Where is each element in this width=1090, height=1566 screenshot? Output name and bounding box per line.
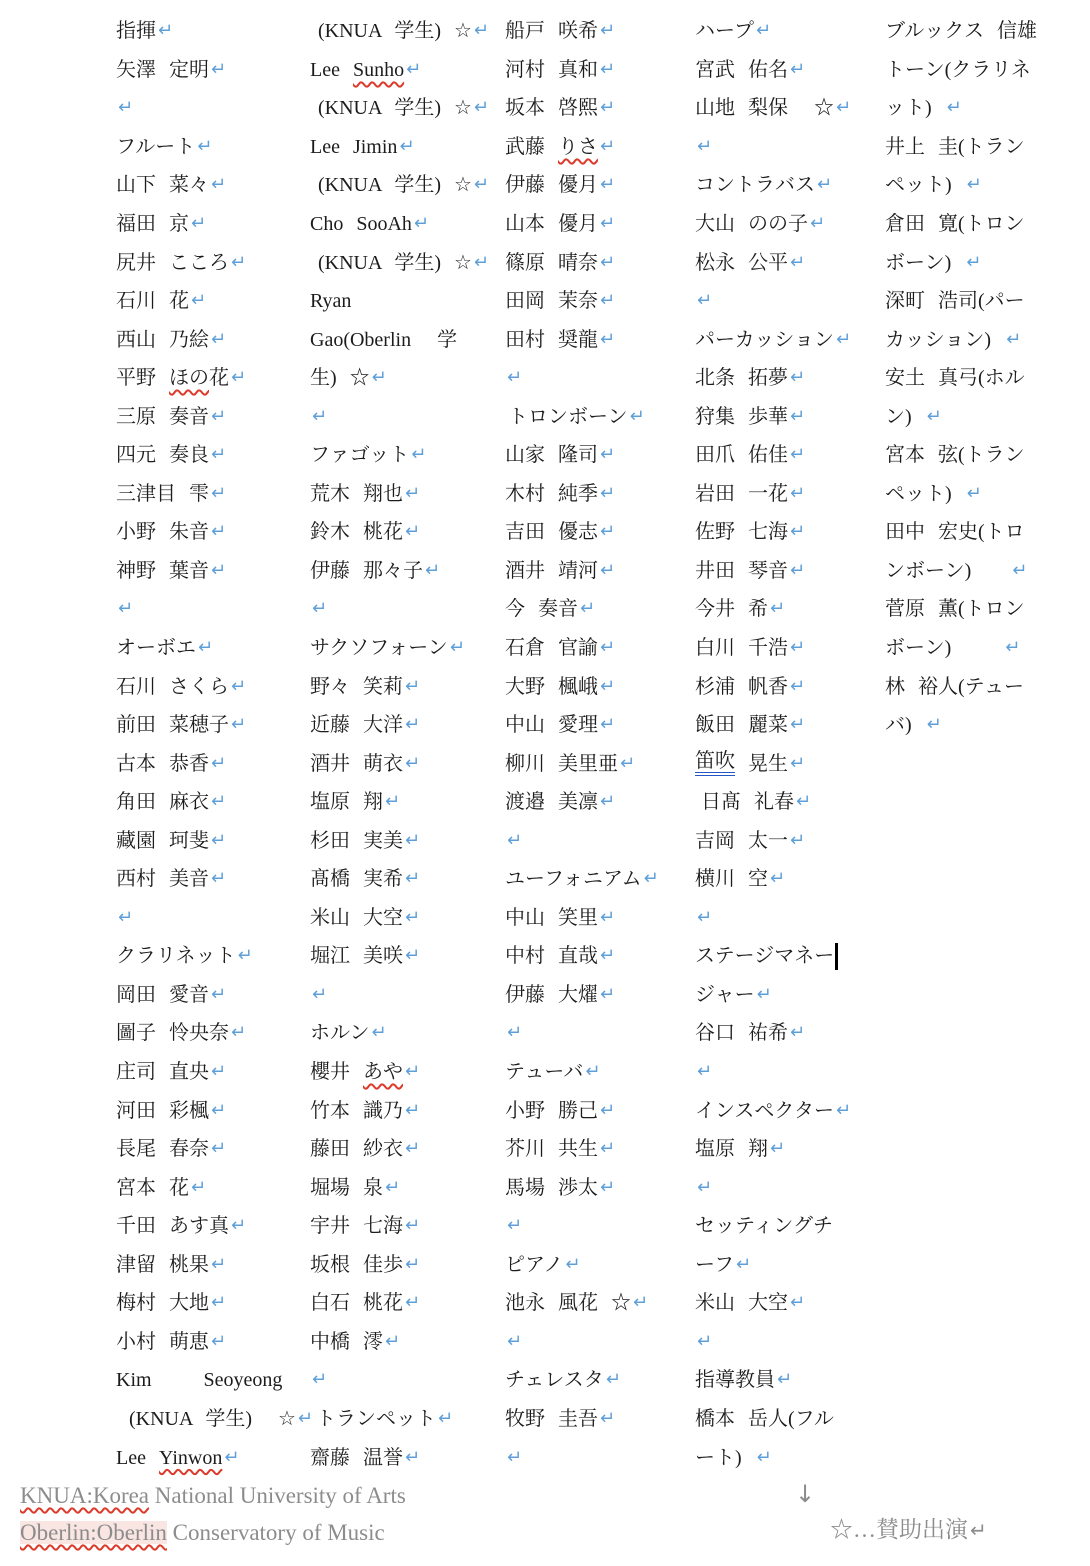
doc-line[interactable]: 櫻井 あや↵ bbox=[310, 1053, 510, 1092]
text-run: 日髙 礼春 bbox=[701, 792, 794, 812]
text-run: 小村 萌恵 bbox=[116, 1332, 209, 1352]
doc-line[interactable]: ↵ bbox=[695, 1168, 895, 1207]
doc-line[interactable]: 田村 奨龍↵ bbox=[505, 320, 705, 359]
doc-line[interactable]: (KNUA 学生) ☆↵ bbox=[116, 1400, 316, 1439]
doc-line[interactable]: Lee Sunho↵ bbox=[310, 51, 510, 90]
text-run: 髙橋 実希 bbox=[310, 869, 403, 889]
paragraph-mark-icon: ↵ bbox=[967, 176, 982, 194]
text-run: セッティングチ bbox=[695, 1216, 833, 1236]
text-run: 河村 真和 bbox=[505, 60, 598, 80]
legend-line[interactable]: ☆…賛助出演↵ bbox=[830, 1518, 987, 1541]
paragraph-mark-icon: ↵ bbox=[211, 755, 226, 773]
text-run: 篠原 晴奈 bbox=[505, 253, 598, 273]
text-run: 米山 大空 bbox=[695, 1293, 788, 1313]
doc-line[interactable]: 矢澤 定明↵ bbox=[116, 51, 316, 90]
doc-line[interactable]: 坂根 佳歩↵ bbox=[310, 1246, 510, 1285]
doc-line[interactable]: 生) ☆↵ bbox=[310, 359, 510, 398]
paragraph-mark-icon: ↵ bbox=[600, 254, 615, 272]
doc-line[interactable]: 津留 桃果↵ bbox=[116, 1246, 316, 1285]
doc-line[interactable]: 大野 楓峨↵ bbox=[505, 667, 705, 706]
doc-line[interactable]: 河田 彩楓↵ bbox=[116, 1091, 316, 1130]
spellcheck-flagged-text: Oberlin:Oberlin bbox=[20, 1521, 167, 1544]
doc-line[interactable]: 宮本 弦(トラン bbox=[885, 436, 1085, 475]
doc-line[interactable]: 吉岡 太一↵ bbox=[695, 821, 895, 860]
doc-line[interactable]: 四元 奏良↵ bbox=[116, 436, 316, 475]
paragraph-mark-icon: ↵ bbox=[790, 485, 805, 503]
doc-line[interactable]: 山地 梨保 ☆↵ bbox=[695, 89, 895, 128]
doc-line[interactable]: 中山 笑里↵ bbox=[505, 899, 705, 938]
doc-line[interactable]: ハープ↵ bbox=[695, 12, 895, 51]
doc-line[interactable]: 古本 恭香↵ bbox=[116, 744, 316, 783]
doc-line[interactable]: 指導教員↵ bbox=[695, 1361, 895, 1400]
doc-line[interactable]: チェレスタ↵ bbox=[505, 1361, 705, 1400]
doc-line[interactable]: Cho SooAh↵ bbox=[310, 205, 510, 244]
paragraph-mark-icon: ↵ bbox=[790, 832, 805, 850]
doc-line[interactable]: ↵ bbox=[695, 899, 895, 938]
doc-line[interactable]: 堀江 美咲↵ bbox=[310, 937, 510, 976]
doc-line[interactable]: ↵ bbox=[310, 1361, 510, 1400]
doc-line[interactable]: ↵ bbox=[695, 128, 895, 167]
doc-line[interactable]: トロンボーン↵ bbox=[505, 397, 705, 436]
doc-line[interactable]: 伊藤 優月↵ bbox=[505, 166, 705, 205]
paragraph-mark-icon: ↵ bbox=[211, 61, 226, 79]
doc-line[interactable]: 田爪 佑佳↵ bbox=[695, 436, 895, 475]
doc-line[interactable]: Lee Jimin↵ bbox=[310, 128, 510, 167]
text-run: 吉田 優志 bbox=[505, 522, 598, 542]
paragraph-mark-icon: ↵ bbox=[405, 1217, 420, 1235]
doc-line[interactable]: ステージマネー bbox=[695, 937, 895, 976]
doc-line[interactable]: ット) ↵ bbox=[885, 89, 1085, 128]
doc-line[interactable]: 横川 空↵ bbox=[695, 860, 895, 899]
doc-line[interactable]: 伊藤 那々子↵ bbox=[310, 552, 510, 591]
doc-line[interactable]: インスペクター↵ bbox=[695, 1091, 895, 1130]
doc-line[interactable]: ↵ bbox=[505, 1014, 705, 1053]
text-run: 酒井 靖河 bbox=[505, 561, 598, 581]
doc-line[interactable]: ↵ bbox=[505, 1207, 705, 1246]
doc-line[interactable]: (KNUA 学生) ☆↵ bbox=[310, 12, 510, 51]
doc-line[interactable]: バ) ↵ bbox=[885, 706, 1085, 745]
text-run: 長尾 春奈 bbox=[116, 1139, 209, 1159]
text-run: ンボーン) bbox=[885, 561, 1010, 581]
doc-line[interactable]: Kim Seoyeong bbox=[116, 1361, 316, 1400]
doc-line[interactable]: ファゴット↵ bbox=[310, 436, 510, 475]
doc-line[interactable]: 石川 花↵ bbox=[116, 282, 316, 321]
footnote-line[interactable]: KNUA:Korea National University of Arts bbox=[20, 1477, 406, 1514]
doc-line[interactable]: ↵ bbox=[310, 976, 510, 1015]
paragraph-mark-icon: ↵ bbox=[585, 1063, 600, 1081]
doc-line[interactable]: (KNUA 学生) ☆↵ bbox=[310, 89, 510, 128]
doc-line[interactable]: 福田 京↵ bbox=[116, 205, 316, 244]
doc-line[interactable]: オーボエ↵ bbox=[116, 629, 316, 668]
doc-line[interactable]: Gao(Oberlin 学 bbox=[310, 320, 510, 359]
doc-line[interactable]: ブルックス 信雄 bbox=[885, 12, 1085, 51]
doc-line[interactable]: 杉浦 帆香↵ bbox=[695, 667, 895, 706]
doc-line[interactable]: 前田 菜穂子↵ bbox=[116, 706, 316, 745]
doc-line[interactable]: 中橋 澪↵ bbox=[310, 1323, 510, 1362]
doc-line[interactable]: ↵ bbox=[695, 1323, 895, 1362]
doc-line[interactable]: 塩原 翔↵ bbox=[310, 783, 510, 822]
doc-line[interactable]: クラリネット↵ bbox=[116, 937, 316, 976]
doc-line[interactable]: 池永 風花 ☆↵ bbox=[505, 1284, 705, 1323]
doc-line[interactable]: 荒木 翔也↵ bbox=[310, 475, 510, 514]
text-run: Ryan bbox=[310, 291, 351, 311]
text-run: (KNUA 学生) ☆ bbox=[318, 21, 472, 41]
doc-line[interactable]: 倉田 寛(トロン bbox=[885, 205, 1085, 244]
paragraph-mark-icon: ↵ bbox=[600, 947, 615, 965]
paragraph-mark-icon: ↵ bbox=[312, 986, 327, 1004]
doc-line[interactable]: 酒井 萌衣↵ bbox=[310, 744, 510, 783]
doc-line[interactable]: ボーン) ↵ bbox=[885, 629, 1085, 668]
doc-line[interactable]: 吉田 優志↵ bbox=[505, 513, 705, 552]
text-run: 谷口 祐希 bbox=[695, 1023, 788, 1043]
paragraph-mark-icon: ↵ bbox=[790, 755, 805, 773]
doc-line[interactable]: サクソフォーン↵ bbox=[310, 629, 510, 668]
doc-line[interactable]: ーフ↵ bbox=[695, 1246, 895, 1285]
paragraph-mark-icon: ↵ bbox=[600, 1179, 615, 1197]
doc-line[interactable]: 北条 拓夢↵ bbox=[695, 359, 895, 398]
text-run: 花 bbox=[209, 368, 229, 388]
doc-line[interactable]: コントラバス↵ bbox=[695, 166, 895, 205]
doc-line[interactable]: 石川 さくら↵ bbox=[116, 667, 316, 706]
doc-line[interactable]: ↵ bbox=[695, 282, 895, 321]
text-run: 倉田 寛(トロン bbox=[885, 214, 1025, 234]
text-run: 圖子 怜央奈 bbox=[116, 1023, 229, 1043]
paragraph-mark-icon: ↵ bbox=[211, 1294, 226, 1312]
paragraph-mark-icon: ↵ bbox=[756, 22, 771, 40]
doc-line[interactable]: 飯田 麗菜↵ bbox=[695, 706, 895, 745]
doc-line[interactable]: 牧野 圭吾↵ bbox=[505, 1400, 705, 1439]
doc-line[interactable]: ↵ bbox=[505, 1438, 705, 1477]
doc-line[interactable]: 谷口 祐希↵ bbox=[695, 1014, 895, 1053]
doc-line[interactable]: 西村 美音↵ bbox=[116, 860, 316, 899]
paragraph-mark-icon: ↵ bbox=[406, 61, 421, 79]
doc-line[interactable]: 三原 奏音↵ bbox=[116, 397, 316, 436]
paragraph-mark-icon: ↵ bbox=[312, 1371, 327, 1389]
text-column-5: ブルックス 信雄トーン(クラリネット) ↵井上 圭(トランペット) ↵倉田 寛(… bbox=[885, 12, 1085, 744]
doc-line[interactable]: 林 裕人(テュー bbox=[885, 667, 1085, 706]
paragraph-mark-icon: ↵ bbox=[231, 254, 246, 272]
doc-line[interactable]: ボーン) ↵ bbox=[885, 243, 1085, 282]
doc-line[interactable]: 圖子 怜央奈↵ bbox=[116, 1014, 316, 1053]
doc-line[interactable]: 今井 希↵ bbox=[695, 590, 895, 629]
doc-line[interactable]: 柳川 美里亜↵ bbox=[505, 744, 705, 783]
text-run: 杉田 実美 bbox=[310, 831, 403, 851]
paragraph-mark-icon: ↵ bbox=[211, 562, 226, 580]
doc-line[interactable]: 宇井 七海↵ bbox=[310, 1207, 510, 1246]
text-run: 渡邉 美凛 bbox=[505, 792, 598, 812]
doc-line[interactable]: 篠原 晴奈↵ bbox=[505, 243, 705, 282]
doc-line[interactable]: ↵ bbox=[116, 590, 316, 629]
doc-line[interactable]: 平野 ほの花↵ bbox=[116, 359, 316, 398]
doc-line[interactable]: 中村 直哉↵ bbox=[505, 937, 705, 976]
text-run: 宮本 弦(トラン bbox=[885, 445, 1025, 465]
doc-line[interactable]: 深町 浩司(パー bbox=[885, 282, 1085, 321]
paragraph-mark-icon: ↵ bbox=[231, 369, 246, 387]
doc-line[interactable]: 藏園 珂斐↵ bbox=[116, 821, 316, 860]
text-run: 今井 希 bbox=[695, 599, 768, 619]
paragraph-mark-icon: ↵ bbox=[757, 986, 772, 1004]
doc-line[interactable]: Ryan bbox=[310, 282, 510, 321]
doc-line[interactable]: ↵ bbox=[310, 590, 510, 629]
doc-line[interactable]: 船戸 咲希↵ bbox=[505, 12, 705, 51]
paragraph-mark-icon: ↵ bbox=[790, 716, 805, 734]
text-run: 津留 桃果 bbox=[116, 1255, 209, 1275]
text-run: 狩集 歩華 bbox=[695, 407, 788, 427]
doc-line[interactable]: 田岡 茉奈↵ bbox=[505, 282, 705, 321]
paragraph-mark-icon: ↵ bbox=[790, 1024, 805, 1042]
paragraph-mark-icon: ↵ bbox=[118, 909, 133, 927]
paragraph-mark-icon: ↵ bbox=[197, 138, 212, 156]
doc-line[interactable]: 今 奏音↵ bbox=[505, 590, 705, 629]
doc-line[interactable]: 宮本 花↵ bbox=[116, 1168, 316, 1207]
doc-line[interactable]: ンボーン) ↵ bbox=[885, 552, 1085, 591]
text-run: 深町 浩司(パー bbox=[885, 291, 1025, 311]
text-run: Kim Seoyeong bbox=[116, 1370, 282, 1390]
doc-line[interactable]: 米山 大空↵ bbox=[695, 1284, 895, 1323]
text-run: ファゴット bbox=[310, 445, 409, 465]
doc-line[interactable]: 菅原 薫(トロン bbox=[885, 590, 1085, 629]
doc-line[interactable]: 安土 真弓(ホル bbox=[885, 359, 1085, 398]
legend-text: ☆…賛助出演 bbox=[830, 1518, 968, 1541]
footnote-line[interactable]: Oberlin:Oberlin Conservatory of Music bbox=[20, 1514, 406, 1551]
text-run: ート) bbox=[695, 1448, 755, 1468]
paragraph-mark-icon: ↵ bbox=[231, 716, 246, 734]
text-run: 神野 葉音 bbox=[116, 561, 209, 581]
doc-line[interactable]: ペット) ↵ bbox=[885, 166, 1085, 205]
doc-line[interactable]: ↵ bbox=[505, 821, 705, 860]
doc-line[interactable]: 西山 乃絵↵ bbox=[116, 320, 316, 359]
text-run: 井田 琴音 bbox=[695, 561, 788, 581]
paragraph-mark-icon: ↵ bbox=[231, 1217, 246, 1235]
text-run: 田中 宏史(トロ bbox=[885, 522, 1025, 542]
paragraph-mark-icon: ↵ bbox=[697, 1179, 712, 1197]
paragraph-mark-icon: ↵ bbox=[385, 1333, 400, 1351]
doc-line[interactable]: ホルン↵ bbox=[310, 1014, 510, 1053]
doc-line[interactable]: 酒井 靖河↵ bbox=[505, 552, 705, 591]
doc-line[interactable]: 狩集 歩華↵ bbox=[695, 397, 895, 436]
doc-line[interactable]: 齋藤 温誉↵ bbox=[310, 1438, 510, 1477]
doc-line[interactable]: ↵ bbox=[505, 1323, 705, 1362]
doc-line[interactable]: 日髙 礼春↵ bbox=[695, 783, 895, 822]
paragraph-mark-icon: ↵ bbox=[810, 215, 825, 233]
text-run: トランペット bbox=[316, 1409, 436, 1429]
doc-line[interactable]: 長尾 春奈↵ bbox=[116, 1130, 316, 1169]
doc-line[interactable]: 庄司 直央↵ bbox=[116, 1053, 316, 1092]
doc-line[interactable]: フルート↵ bbox=[116, 128, 316, 167]
doc-line[interactable]: ↵ bbox=[116, 899, 316, 938]
paragraph-mark-icon: ↵ bbox=[600, 22, 615, 40]
doc-line[interactable]: 小野 勝己↵ bbox=[505, 1091, 705, 1130]
paragraph-mark-icon: ↵ bbox=[211, 408, 226, 426]
paragraph-mark-icon: ↵ bbox=[507, 832, 522, 850]
doc-line[interactable]: 尻井 こころ↵ bbox=[116, 243, 316, 282]
text-column-3: 船戸 咲希↵河村 真和↵坂本 啓熙↵武藤 りさ↵伊藤 優月↵山本 優月↵篠原 晴… bbox=[505, 12, 705, 1477]
text-run: 堀場 泉 bbox=[310, 1178, 383, 1198]
doc-line[interactable]: 井田 琴音↵ bbox=[695, 552, 895, 591]
text-run: 山下 菜々 bbox=[116, 175, 209, 195]
footnote-area: KNUA:Korea National University of ArtsOb… bbox=[20, 1477, 406, 1551]
text-run: オーボエ bbox=[116, 638, 196, 658]
doc-line[interactable]: 指揮↵ bbox=[116, 12, 316, 51]
text-run: 藤田 紗衣 bbox=[310, 1139, 403, 1159]
paragraph-mark-icon: ↵ bbox=[191, 215, 206, 233]
doc-line[interactable]: 白川 千浩↵ bbox=[695, 629, 895, 668]
doc-line[interactable]: (KNUA 学生) ☆↵ bbox=[310, 243, 510, 282]
text-run: Conservatory of Music bbox=[167, 1521, 385, 1544]
doc-line[interactable]: 岡田 愛音↵ bbox=[116, 976, 316, 1015]
paragraph-mark-icon: ↵ bbox=[790, 562, 805, 580]
doc-line[interactable]: 山下 菜々↵ bbox=[116, 166, 316, 205]
doc-line[interactable]: ペット) ↵ bbox=[885, 475, 1085, 514]
doc-line[interactable]: Lee Yinwon↵ bbox=[116, 1438, 316, 1477]
text-run: 白石 桃花 bbox=[310, 1293, 403, 1313]
text-run: 今 奏音 bbox=[505, 599, 578, 619]
text-run: 中山 愛理 bbox=[505, 715, 598, 735]
doc-line[interactable]: 竹本 識乃↵ bbox=[310, 1091, 510, 1130]
text-run: 柳川 美里亜 bbox=[505, 754, 618, 774]
doc-line[interactable]: カッション) ↵ bbox=[885, 320, 1085, 359]
doc-line[interactable]: ↵ bbox=[116, 89, 316, 128]
paragraph-mark-icon: ↵ bbox=[790, 408, 805, 426]
text-run: 荒木 翔也 bbox=[310, 484, 403, 504]
doc-line[interactable]: 藤田 紗衣↵ bbox=[310, 1130, 510, 1169]
doc-line[interactable]: (KNUA 学生) ☆↵ bbox=[310, 166, 510, 205]
paragraph-mark-icon: ↵ bbox=[600, 562, 615, 580]
doc-line[interactable]: トーン(クラリネ bbox=[885, 51, 1085, 90]
doc-line[interactable]: 笛吹 晃生↵ bbox=[695, 744, 895, 783]
doc-line[interactable]: ↵ bbox=[310, 397, 510, 436]
doc-line[interactable]: 梅村 大地↵ bbox=[116, 1284, 316, 1323]
paragraph-mark-icon: ↵ bbox=[158, 22, 173, 40]
text-run: 吉岡 太一 bbox=[695, 831, 788, 851]
paragraph-mark-icon: ↵ bbox=[600, 909, 615, 927]
doc-line[interactable]: 塩原 翔↵ bbox=[695, 1130, 895, 1169]
doc-line[interactable]: 武藤 りさ↵ bbox=[505, 128, 705, 167]
doc-line[interactable]: 橋本 岳人(フル bbox=[695, 1400, 895, 1439]
doc-line[interactable]: 白石 桃花↵ bbox=[310, 1284, 510, 1323]
doc-line[interactable]: ジャー↵ bbox=[695, 976, 895, 1015]
doc-line[interactable]: 岩田 一花↵ bbox=[695, 475, 895, 514]
text-run: 馬場 渉太 bbox=[505, 1178, 598, 1198]
doc-line[interactable]: セッティングチ bbox=[695, 1207, 895, 1246]
text-run: 平野 bbox=[116, 368, 169, 388]
doc-line[interactable]: ↵ bbox=[505, 359, 705, 398]
text-run: 尻井 こころ bbox=[116, 253, 229, 273]
spellcheck-flagged-text: Yinwon bbox=[159, 1448, 222, 1468]
paragraph-mark-icon: ↵ bbox=[507, 1024, 522, 1042]
text-run: 菅原 薫(トロン bbox=[885, 599, 1025, 619]
paragraph-mark-icon: ↵ bbox=[405, 1063, 420, 1081]
doc-line[interactable]: 山本 優月↵ bbox=[505, 205, 705, 244]
text-run: ジャー bbox=[695, 985, 755, 1005]
doc-line[interactable]: ピアノ↵ bbox=[505, 1246, 705, 1285]
text-run: 伊藤 那々子 bbox=[310, 561, 423, 581]
doc-line[interactable]: 小村 萌恵↵ bbox=[116, 1323, 316, 1362]
doc-line[interactable]: 馬場 渉太↵ bbox=[505, 1168, 705, 1207]
paragraph-mark-icon: ↵ bbox=[414, 215, 429, 233]
spellcheck-flagged-text: Sunho bbox=[353, 60, 404, 80]
paragraph-mark-icon: ↵ bbox=[947, 99, 962, 117]
doc-line[interactable]: 佐野 七海↵ bbox=[695, 513, 895, 552]
paragraph-mark-icon: ↵ bbox=[620, 755, 635, 773]
paragraph-mark-icon: ↵ bbox=[474, 22, 489, 40]
doc-line[interactable]: ン) ↵ bbox=[885, 397, 1085, 436]
paragraph-mark-icon: ↵ bbox=[211, 1102, 226, 1120]
doc-line[interactable]: 神野 葉音↵ bbox=[116, 552, 316, 591]
paragraph-mark-icon: ↵ bbox=[198, 639, 213, 657]
doc-line[interactable]: 野々 笑莉↵ bbox=[310, 667, 510, 706]
doc-line[interactable]: 三津目 雫↵ bbox=[116, 475, 316, 514]
doc-line[interactable]: 木村 純季↵ bbox=[505, 475, 705, 514]
paragraph-mark-icon: ↵ bbox=[736, 1256, 751, 1274]
doc-line[interactable]: 河村 真和↵ bbox=[505, 51, 705, 90]
doc-line[interactable]: 渡邉 美凛↵ bbox=[505, 783, 705, 822]
paragraph-mark-icon: ↵ bbox=[757, 1449, 772, 1467]
doc-line[interactable]: 大山 のの子↵ bbox=[695, 205, 895, 244]
doc-line[interactable]: 芥川 共生↵ bbox=[505, 1130, 705, 1169]
paragraph-mark-icon: ↵ bbox=[630, 408, 645, 426]
doc-line[interactable]: 松永 公平↵ bbox=[695, 243, 895, 282]
text-run: 池永 風花 ☆ bbox=[505, 1293, 631, 1313]
text-cursor bbox=[835, 943, 838, 970]
doc-line[interactable]: 角田 麻衣↵ bbox=[116, 783, 316, 822]
doc-line[interactable]: 山家 隆司↵ bbox=[505, 436, 705, 475]
doc-line[interactable]: 堀場 泉↵ bbox=[310, 1168, 510, 1207]
text-run: 西山 乃絵 bbox=[116, 330, 209, 350]
text-run: トーン(クラリネ bbox=[885, 60, 1031, 80]
text-run: ボーン) bbox=[885, 253, 964, 273]
doc-line[interactable]: 小野 朱音↵ bbox=[116, 513, 316, 552]
paragraph-mark-icon: ↵ bbox=[405, 1449, 420, 1467]
doc-line[interactable]: パーカッション↵ bbox=[695, 320, 895, 359]
doc-line[interactable]: 石倉 官諭↵ bbox=[505, 629, 705, 668]
doc-line[interactable]: 井上 圭(トラン bbox=[885, 128, 1085, 167]
doc-line[interactable]: ↵ bbox=[695, 1053, 895, 1092]
doc-line[interactable]: 坂本 啓熙↵ bbox=[505, 89, 705, 128]
text-run: バ) bbox=[885, 715, 925, 735]
doc-line[interactable]: 杉田 実美↵ bbox=[310, 821, 510, 860]
text-run: 杉浦 帆香 bbox=[695, 677, 788, 697]
text-run: 宮武 佑名 bbox=[695, 60, 788, 80]
doc-line[interactable]: 伊藤 大燿↵ bbox=[505, 976, 705, 1015]
paragraph-mark-icon: ↵ bbox=[211, 986, 226, 1004]
text-run: 武藤 bbox=[505, 137, 558, 157]
doc-line[interactable]: 鈴木 桃花↵ bbox=[310, 513, 510, 552]
doc-line[interactable]: ート) ↵ bbox=[695, 1438, 895, 1477]
doc-line[interactable]: 髙橋 実希↵ bbox=[310, 860, 510, 899]
paragraph-mark-icon: ↵ bbox=[770, 600, 785, 618]
paragraph-mark-icon: ↵ bbox=[405, 909, 420, 927]
doc-line[interactable]: 中山 愛理↵ bbox=[505, 706, 705, 745]
text-run: 白川 千浩 bbox=[695, 638, 788, 658]
doc-line[interactable]: 宮武 佑名↵ bbox=[695, 51, 895, 90]
text-run: Lee Jimin bbox=[310, 137, 397, 157]
text-run: 角田 麻衣 bbox=[116, 792, 209, 812]
paragraph-mark-icon: ↵ bbox=[238, 947, 253, 965]
paragraph-mark-icon: ↵ bbox=[450, 639, 465, 657]
paragraph-mark-icon: ↵ bbox=[770, 870, 785, 888]
doc-line[interactable]: 千田 あす真↵ bbox=[116, 1207, 316, 1246]
doc-line[interactable]: 米山 大空↵ bbox=[310, 899, 510, 938]
doc-line[interactable]: ユーフォニアム↵ bbox=[505, 860, 705, 899]
doc-line[interactable]: トランペット↵ bbox=[310, 1400, 510, 1439]
doc-line[interactable]: テューバ↵ bbox=[505, 1053, 705, 1092]
paragraph-mark-icon: ↵ bbox=[600, 99, 615, 117]
paragraph-mark-icon: ↵ bbox=[1006, 331, 1021, 349]
text-run: Lee bbox=[116, 1448, 159, 1468]
doc-line[interactable]: 田中 宏史(トロ bbox=[885, 513, 1085, 552]
doc-line[interactable]: 近藤 大洋↵ bbox=[310, 706, 510, 745]
